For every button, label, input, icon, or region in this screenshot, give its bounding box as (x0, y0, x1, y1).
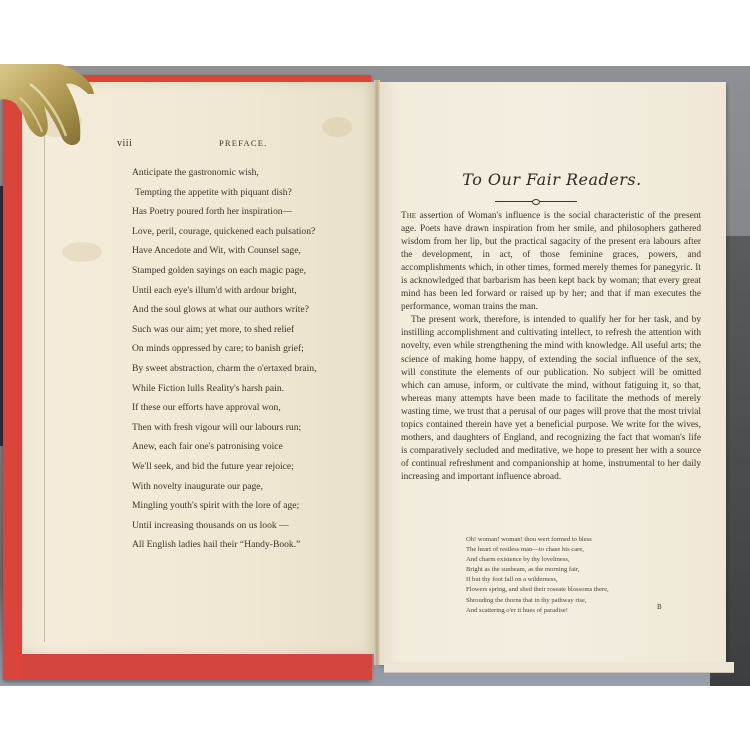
verse-line: Oh! woman! woman! thou wert formed to bl… (466, 535, 666, 545)
poem-line: And the soul glows at what our authors w… (132, 300, 362, 320)
page-stain (322, 117, 352, 137)
verse-line: The heart of restless man—to chase his c… (466, 545, 666, 555)
paragraph-lead-word: The (401, 211, 416, 221)
poem-line: Anticipate the gastronomic wish, (132, 163, 362, 183)
brass-hand-bookend-icon (0, 64, 95, 149)
verse-line: Flowers spring, and shed their roseate b… (466, 585, 666, 595)
poem-line: By sweet abstraction, charm the o'ertaxe… (132, 359, 362, 379)
poem-line: Tempting the appetite with piquant dish? (132, 183, 362, 203)
poem-line: Such was our aim; yet more, to shed reli… (132, 320, 362, 340)
left-page-fold (44, 82, 53, 642)
verse-line: And scattering o'er it hues of paradise! (466, 606, 666, 616)
poem-line: If these our efforts have approval won, (132, 398, 362, 418)
preface-poem: Anticipate the gastronomic wish, Temptin… (132, 163, 362, 555)
poem-line: Until each eye's illum'd with ardour bri… (132, 281, 362, 301)
verse-line: If but thy foot fall on a wilderness, (466, 575, 666, 585)
ornamental-rule-center (532, 199, 540, 205)
book-cover-edge (22, 650, 372, 680)
closing-verse: Oh! woman! woman! thou wert formed to bl… (466, 535, 666, 616)
poem-line: All English ladies hail their “Handy-Boo… (132, 535, 362, 555)
signature-mark: B (657, 603, 662, 611)
poem-line: Then with fresh vigour will our labours … (132, 418, 362, 438)
verse-line: Bright as the sunbeam, as the morning fa… (466, 565, 666, 575)
poem-line: Have Ancedote and Wit, with Counsel sage… (132, 241, 362, 261)
poem-line: Has Poetry poured forth her inspiration— (132, 202, 362, 222)
introduction-text: The assertion of Woman's influence is th… (401, 210, 701, 484)
book-gutter (374, 80, 380, 665)
page-number: viii (117, 138, 132, 149)
running-head: PREFACE. (219, 138, 267, 148)
paragraph-1: The assertion of Woman's influence is th… (401, 210, 701, 314)
poem-line: On minds oppressed by care; to banish gr… (132, 339, 362, 359)
poem-line: With novelty inaugurate our page, (132, 477, 362, 497)
paragraph-2: The present work, therefore, is intended… (401, 314, 701, 484)
right-page-edge (384, 662, 734, 673)
poem-line: While Fiction lulls Reality's harsh pain… (132, 379, 362, 399)
verse-line: And charm existence by thy loveliness, (466, 555, 666, 565)
page-stain (62, 242, 102, 262)
poem-line: Stamped golden sayings on each magic pag… (132, 261, 362, 281)
paragraph-text: assertion of Woman's influence is the so… (401, 211, 701, 312)
poem-line: Love, peril, courage, quickened each pul… (132, 222, 362, 242)
verse-line: Shrouding the thorns that in thy pathway… (466, 596, 666, 606)
poem-line: Until increasing thousands on us look — (132, 516, 362, 536)
chapter-title: To Our Fair Readers. (378, 170, 726, 189)
poem-line: We'll seek, and bid the future year rejo… (132, 457, 362, 477)
poem-line: Anew, each fair one's patronising voice (132, 437, 362, 457)
poem-line: Mingling youth's spirit with the lore of… (132, 496, 362, 516)
